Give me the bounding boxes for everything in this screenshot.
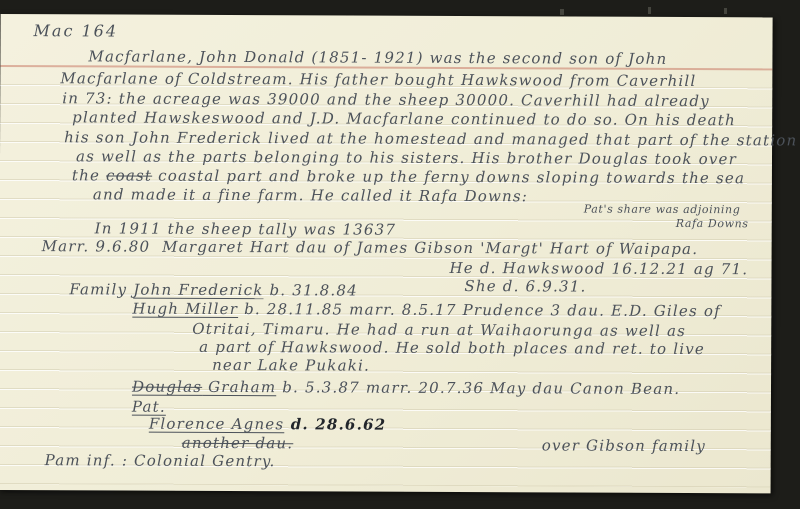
family-member-name: Pat. <box>132 398 166 416</box>
scan-artifact <box>724 8 727 14</box>
family-member-name-2: Graham <box>202 378 276 396</box>
index-card: Mac 164 Macfarlane, John Donald (1851- 1… <box>0 14 773 493</box>
scanned-index-card-page: Mac 164 Macfarlane, John Donald (1851- 1… <box>0 0 800 509</box>
struck-entry: another dau. <box>182 434 294 452</box>
scan-artifact <box>560 9 564 15</box>
family-member-name: John Frederick <box>133 281 263 300</box>
card-reference-number: Mac 164 <box>34 21 119 40</box>
family-member-john: Family John Frederick b. 31.8.84 <box>69 280 358 300</box>
text-segment: the <box>72 166 106 184</box>
scan-artifact <box>648 7 651 14</box>
marriage-line: Marr. 9.6.80 Margaret Hart dau of James … <box>42 237 699 259</box>
family-member-details: b. 31.8.84 <box>264 281 358 299</box>
family-section-label: Family <box>69 280 133 298</box>
family-member-hugh: Hugh Miller b. 28.11.85 marr. 8.5.17 Pru… <box>132 300 721 322</box>
family-member-details: b. 28.11.85 marr. 8.5.17 Prudence 3 dau.… <box>238 300 721 320</box>
cross-reference-note: over Gibson family <box>542 436 706 456</box>
bio-line-8: and made it a fine farm. He called it Ra… <box>93 185 528 206</box>
death-date: d. 28.6.62 <box>284 415 386 433</box>
source-note: Pam inf. : Colonial Gentry. <box>45 451 276 471</box>
struck-word: coast <box>106 166 152 184</box>
family-member-name: Douglas <box>132 378 202 396</box>
bio-line-4: planted Hawskeswood and J.D. Macfarlane … <box>72 108 736 130</box>
family-member-douglas: Douglas Graham b. 5.3.87 marr. 20.7.36 M… <box>132 378 680 399</box>
bio-line-1: Macfarlane, John Donald (1851- 1921) was… <box>88 47 667 69</box>
text-segment: coastal part and broke up the ferny down… <box>152 167 745 188</box>
bio-line-2: Macfarlane of Coldstream. His father bou… <box>60 69 696 91</box>
death-line-her: She d. 6.9.31. <box>464 277 586 297</box>
family-member-name: Florence Agnes <box>149 415 285 434</box>
family-member-name: Hugh Miller <box>132 300 238 318</box>
family-member-details: b. 5.3.87 marr. 20.7.36 May dau Canon Be… <box>276 378 680 398</box>
family-member-florence: Florence Agnes d. 28.6.62 <box>149 415 387 435</box>
family-member-hugh-line-4: near Lake Pukaki. <box>212 356 370 376</box>
marginal-annotation-line-2: Rafa Downs <box>676 214 749 233</box>
family-member-another-dau: another dau. <box>182 434 294 453</box>
